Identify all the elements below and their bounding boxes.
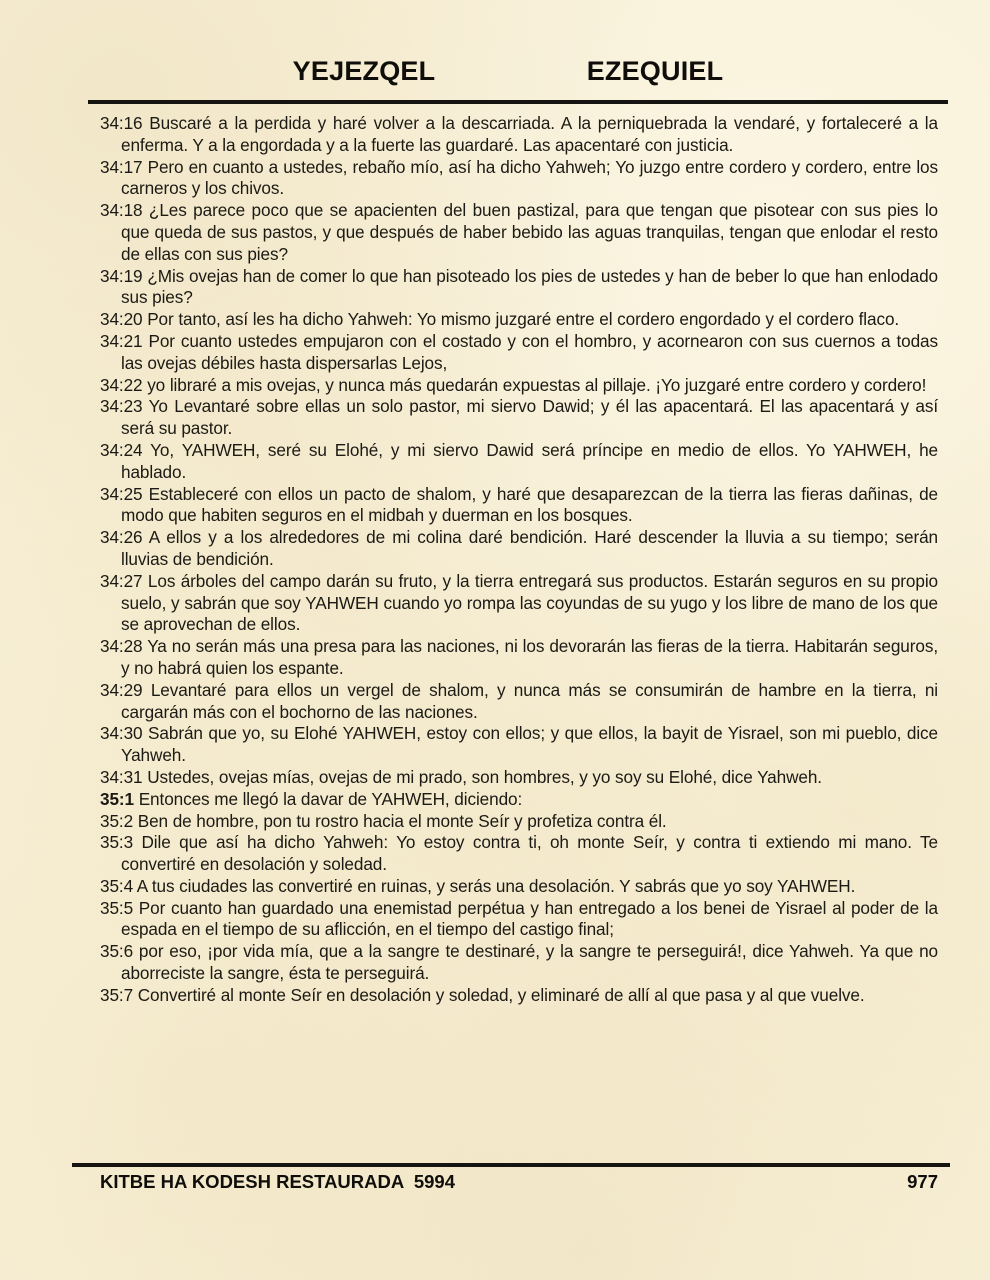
verse-ref: 34:30 bbox=[100, 723, 143, 743]
verse-ref: 34:26 bbox=[100, 527, 143, 547]
verse-text: Ya no serán más una presa para las nacio… bbox=[121, 636, 938, 678]
verse: 35:1 Entonces me llegó la davar de YAHWE… bbox=[100, 789, 938, 811]
verse-text: Levantaré para ellos un vergel de shalom… bbox=[121, 680, 938, 722]
verse: 34:27 Los árboles del campo darán su fru… bbox=[100, 571, 938, 636]
verse-text: Dile que así ha dicho Yahweh: Yo estoy c… bbox=[121, 832, 938, 874]
verse-ref: 34:21 bbox=[100, 331, 143, 351]
verse: 34:23 Yo Levantaré sobre ellas un solo p… bbox=[100, 396, 938, 440]
verse-text: por eso, ¡por vida mía, que a la sangre … bbox=[121, 941, 938, 983]
verse-ref: 35:4 bbox=[100, 876, 133, 896]
verse: 34:20 Por tanto, así les ha dicho Yahweh… bbox=[100, 309, 938, 331]
verse-ref: 34:27 bbox=[100, 571, 143, 591]
verse: 35:4 A tus ciudades las convertiré en ru… bbox=[100, 876, 938, 898]
verse: 34:22 yo libraré a mis ovejas, y nunca m… bbox=[100, 375, 938, 397]
verse-text: Por tanto, así les ha dicho Yahweh: Yo m… bbox=[143, 309, 900, 329]
verse: 34:25 Estableceré con ellos un pacto de … bbox=[100, 484, 938, 528]
verse-ref: 35:6 bbox=[100, 941, 133, 961]
header-rule bbox=[88, 100, 948, 104]
verse-text: Convertiré al monte Seír en desolación y… bbox=[133, 985, 865, 1005]
verse-text: ¿Les parece poco que se apacienten del b… bbox=[121, 200, 938, 264]
verse-text: Por cuanto han guardado una enemistad pe… bbox=[121, 898, 938, 940]
verse: 35:2 Ben de hombre, pon tu rostro hacia … bbox=[100, 811, 938, 833]
verse-text: yo libraré a mis ovejas, y nunca más que… bbox=[143, 375, 927, 395]
verse: 34:21 Por cuanto ustedes empujaron con e… bbox=[100, 331, 938, 375]
verse-ref: 35:1 bbox=[100, 789, 134, 809]
verse: 35:5 Por cuanto han guardado una enemist… bbox=[100, 898, 938, 942]
verse-text: Estableceré con ellos un pacto de shalom… bbox=[121, 484, 938, 526]
verse-text: Los árboles del campo darán su fruto, y … bbox=[121, 571, 938, 635]
verse-text: A tus ciudades las convertiré en ruinas,… bbox=[133, 876, 855, 896]
verse: 34:30 Sabrán que yo, su Elohé YAHWEH, es… bbox=[100, 723, 938, 767]
verse-text: Yo, YAHWEH, seré su Elohé, y mi siervo D… bbox=[121, 440, 938, 482]
verse-text: Yo Levantaré sobre ellas un solo pastor,… bbox=[121, 396, 938, 438]
verse-text: ¿Mis ovejas han de comer lo que han piso… bbox=[121, 266, 938, 308]
book-title-transliterated: YEJEZQEL bbox=[293, 56, 436, 87]
verse-text: Sabrán que yo, su Elohé YAHWEH, estoy co… bbox=[121, 723, 938, 765]
verse-ref: 34:28 bbox=[100, 636, 143, 656]
verse-ref: 35:2 bbox=[100, 811, 133, 831]
verse-text: Por cuanto ustedes empujaron con el cost… bbox=[121, 331, 938, 373]
verse: 34:17 Pero en cuanto a ustedes, rebaño m… bbox=[100, 157, 938, 201]
verse-ref: 34:22 bbox=[100, 375, 143, 395]
verse-ref: 34:16 bbox=[100, 113, 143, 133]
verse: 34:26 A ellos y a los alrededores de mi … bbox=[100, 527, 938, 571]
verse-text: Ben de hombre, pon tu rostro hacia el mo… bbox=[133, 811, 667, 831]
verse: 34:19 ¿Mis ovejas han de comer lo que ha… bbox=[100, 266, 938, 310]
verse-ref: 34:29 bbox=[100, 680, 143, 700]
verse-list: 34:16 Buscaré a la perdida y haré volver… bbox=[100, 113, 938, 1007]
verse-text: Ustedes, ovejas mías, ovejas de mi prado… bbox=[143, 767, 822, 787]
verse-text: Pero en cuanto a ustedes, rebaño mío, as… bbox=[121, 157, 938, 199]
verse-ref: 34:17 bbox=[100, 157, 143, 177]
verse-ref: 34:25 bbox=[100, 484, 143, 504]
verse-ref: 35:5 bbox=[100, 898, 133, 918]
document-page: YEJEZQEL EZEQUIEL 34:16 Buscaré a la per… bbox=[0, 0, 990, 1280]
verse-ref: 34:23 bbox=[100, 396, 143, 416]
verse-ref: 34:20 bbox=[100, 309, 143, 329]
verse: 34:31 Ustedes, ovejas mías, ovejas de mi… bbox=[100, 767, 938, 789]
book-title-spanish: EZEQUIEL bbox=[587, 56, 724, 87]
footer-rule bbox=[72, 1163, 950, 1167]
page-number: 977 bbox=[907, 1171, 938, 1193]
verse-text: Buscaré a la perdida y haré volver a la … bbox=[121, 113, 938, 155]
verse-ref: 34:18 bbox=[100, 200, 143, 220]
verse: 34:24 Yo, YAHWEH, seré su Elohé, y mi si… bbox=[100, 440, 938, 484]
verse-ref: 35:3 bbox=[100, 832, 133, 852]
verse: 34:16 Buscaré a la perdida y haré volver… bbox=[100, 113, 938, 157]
verse: 35:3 Dile que así ha dicho Yahweh: Yo es… bbox=[100, 832, 938, 876]
footer-edition-label: KITBE HA KODESH RESTAURADA 5994 bbox=[100, 1171, 455, 1193]
verse-ref: 34:24 bbox=[100, 440, 143, 460]
verse: 35:7 Convertiré al monte Seír en desolac… bbox=[100, 985, 938, 1007]
verse-text: Entonces me llegó la davar de YAHWEH, di… bbox=[134, 789, 522, 809]
verse-ref: 34:19 bbox=[100, 266, 143, 286]
verse: 34:29 Levantaré para ellos un vergel de … bbox=[100, 680, 938, 724]
verse: 34:28 Ya no serán más una presa para las… bbox=[100, 636, 938, 680]
verse-ref: 35:7 bbox=[100, 985, 133, 1005]
verse-text: A ellos y a los alrededores de mi colina… bbox=[121, 527, 938, 569]
verse-ref: 34:31 bbox=[100, 767, 143, 787]
verse: 35:6 por eso, ¡por vida mía, que a la sa… bbox=[100, 941, 938, 985]
verse: 34:18 ¿Les parece poco que se apacienten… bbox=[100, 200, 938, 265]
